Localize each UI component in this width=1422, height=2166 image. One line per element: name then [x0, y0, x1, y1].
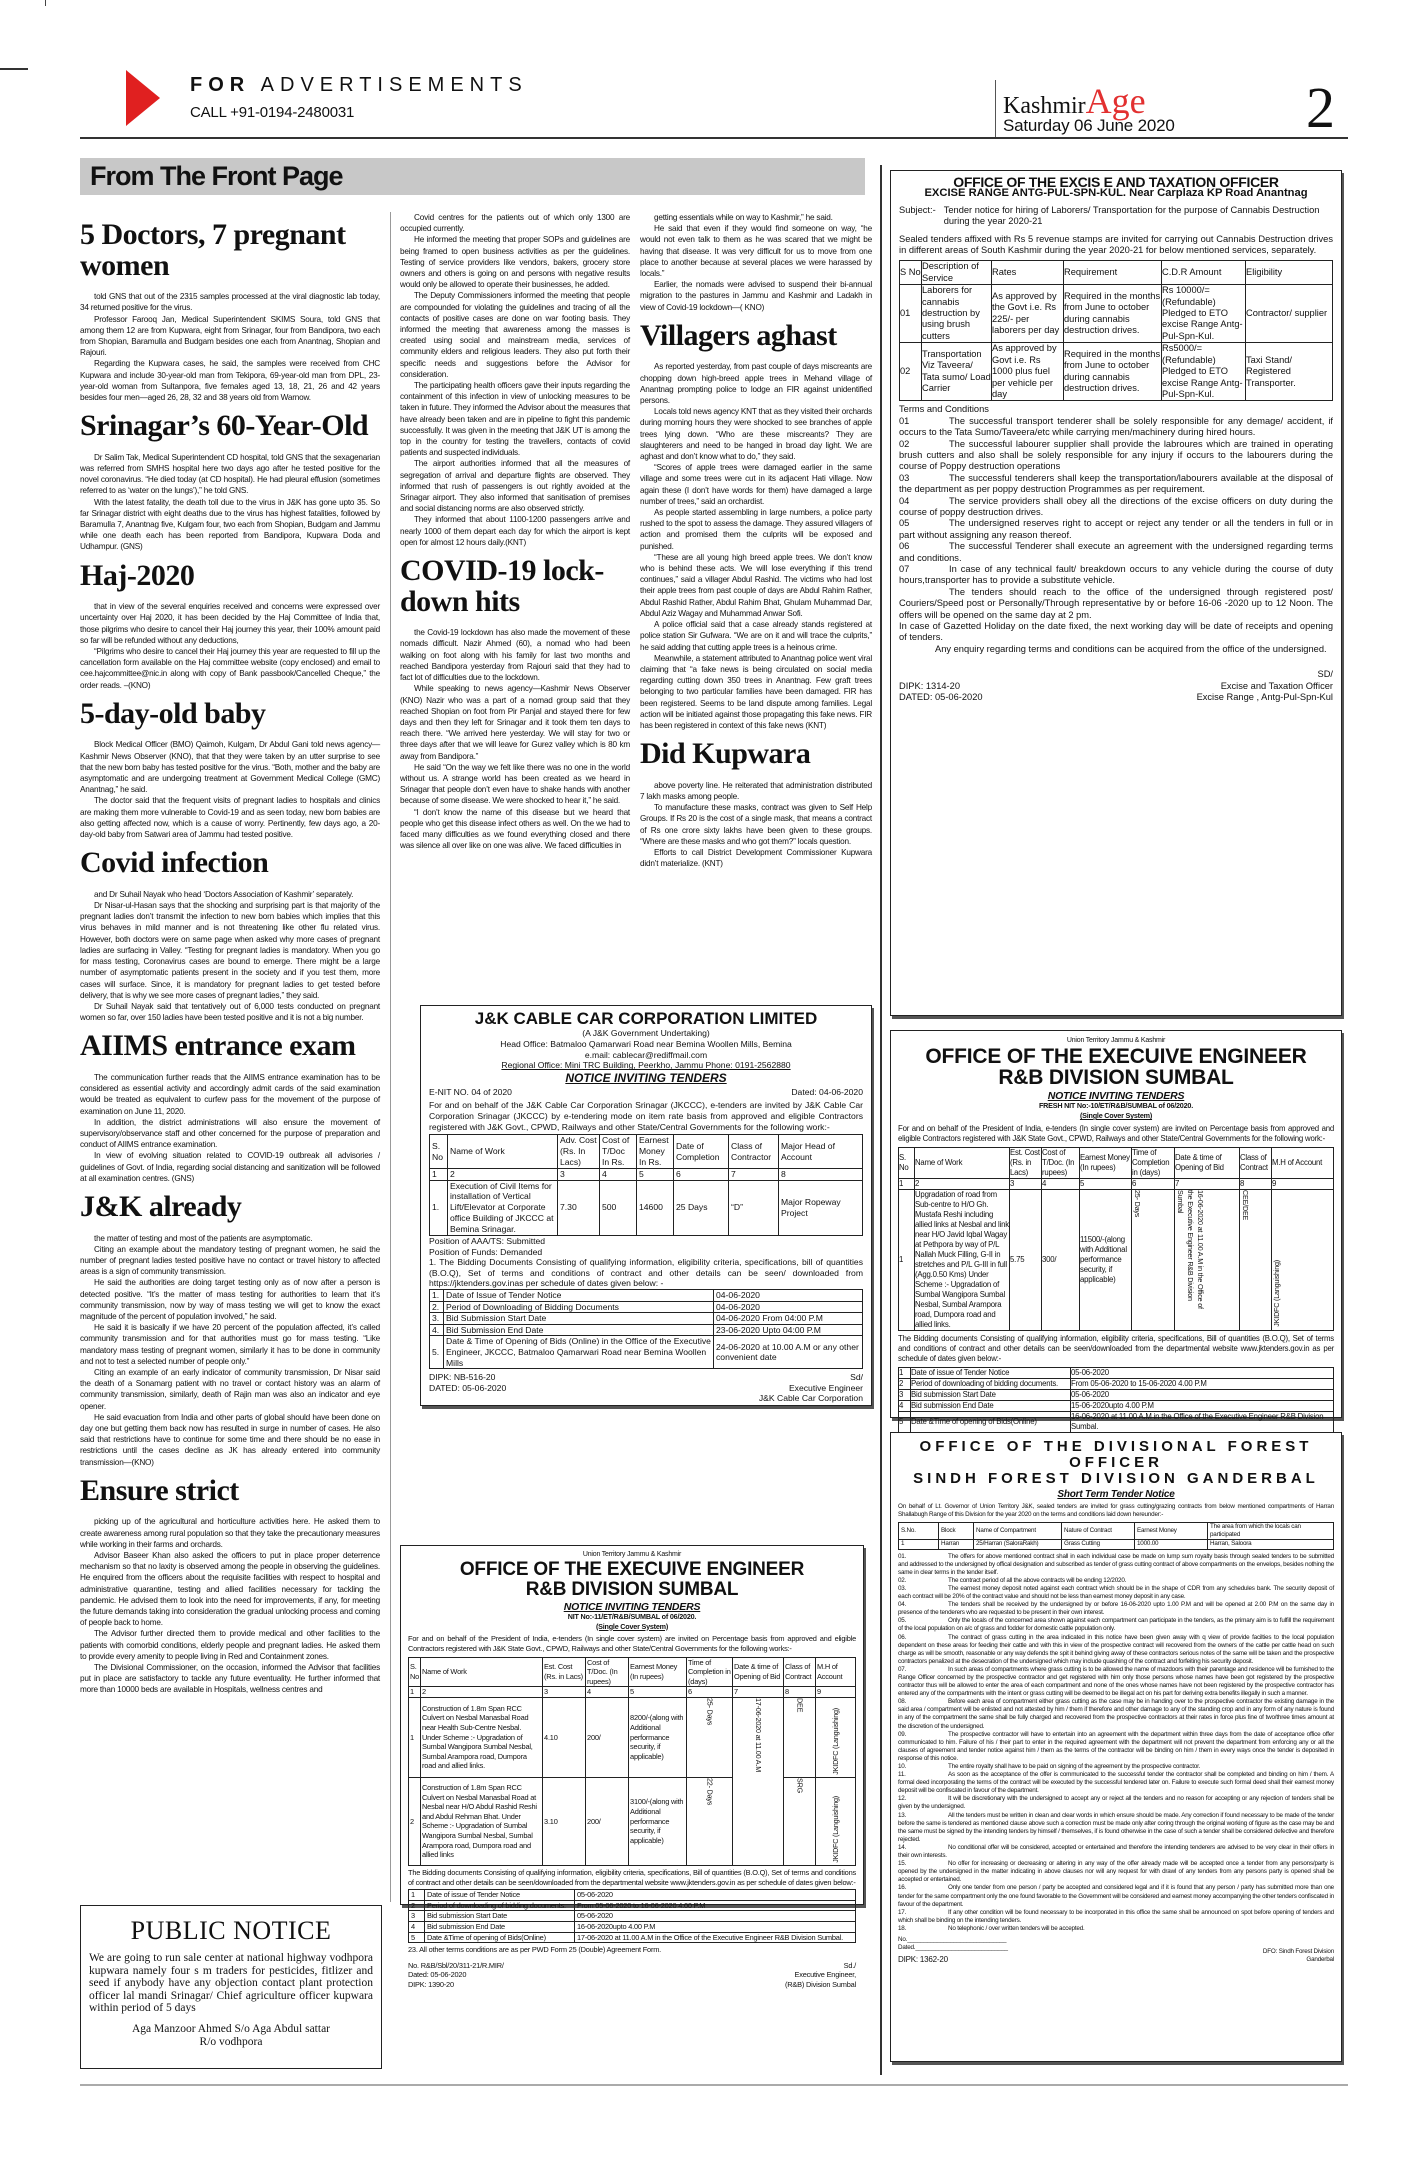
- column-divider: [880, 165, 882, 2075]
- column-number-row: 123456789: [899, 1179, 1334, 1190]
- article-paragraph: Professor Farooq Jan, Medical Superinten…: [80, 314, 380, 359]
- term-item: 17.If any other condition will be found …: [898, 1909, 1334, 1925]
- article-paragraph: “I don’t know the name of this disease b…: [400, 807, 630, 852]
- term-number: 11.: [898, 1771, 948, 1779]
- rb2-schedule-table: 1Date of issue of Tender Notice05-06-202…: [408, 1889, 856, 1943]
- cell: 7: [733, 1687, 784, 1698]
- article-paragraph: the Covid-19 lockdown has also made the …: [400, 627, 630, 683]
- cell: 15-06-2020upto 4.00 P.M: [1071, 1401, 1334, 1412]
- public-notice-body: We are going to run sale center at natio…: [89, 1952, 373, 2015]
- cell: Date & Time of Opening of Bids (Online) …: [444, 1336, 714, 1369]
- col-header: Earnest Money In Rs.: [637, 1135, 674, 1168]
- article-paragraph: Dr Nisar-ul-Hasan says that the shocking…: [80, 900, 380, 1001]
- cell: Grass Cutting: [1062, 1540, 1135, 1549]
- article-paragraph: Earlier, the nomads were advised to susp…: [640, 279, 872, 313]
- red-triangle-icon: [126, 70, 160, 126]
- cell: JKIDFC (Languishing): [831, 1708, 841, 1775]
- cell: Upgradation of road from Sub-centre to H…: [915, 1190, 1010, 1331]
- forest-compartment-table: S.No. Block Name of Compartment Nature o…: [898, 1522, 1334, 1549]
- cable-sub: (A J&K Government Undertaking): [429, 1028, 863, 1039]
- term-item: 04The service providers shall obey all t…: [899, 496, 1333, 519]
- article-paragraph: Covid centres for the patients out of wh…: [400, 212, 630, 234]
- table-row: 5.Date & Time of Opening of Bids (Online…: [430, 1336, 863, 1369]
- article-paragraph: Meanwhile, a statement attributed to Ana…: [640, 653, 872, 731]
- ref-number: No. R&B/Sbl/20/311-21/R.MIR/: [408, 1961, 504, 1971]
- cell: 5.75: [1010, 1190, 1042, 1331]
- cell: JKIDFC (Languishing): [1272, 1260, 1282, 1327]
- cover-system: (Single Cover System): [408, 1622, 856, 1632]
- term-item: 13.All the tenders must be written in cl…: [898, 1812, 1334, 1844]
- signatory: Executive Engineer,: [785, 1970, 856, 1980]
- col-header: Nature of Contract: [1062, 1523, 1135, 1540]
- cell: Bid Submission Start Date: [444, 1313, 714, 1325]
- cell: Bid submission End Date: [911, 1401, 1071, 1412]
- cell: 2: [448, 1168, 558, 1180]
- cell: 16-06-2020 at 11.00 A.M in the Office of…: [1175, 1190, 1205, 1318]
- cell: 6: [674, 1168, 729, 1180]
- excise-footer: DIPK: 1314-20DATED: 05-06-2020 Excise an…: [899, 681, 1333, 704]
- public-notice-box: PUBLIC NOTICE We are going to run sale c…: [80, 1905, 382, 2069]
- cell: 2: [421, 1687, 543, 1698]
- term-item: 14.No conditional offer will be consider…: [898, 1844, 1334, 1860]
- headline-srinagar: Srinagar’s 60-Year-Old: [80, 411, 380, 442]
- subject-text: Tender notice for hiring of Laborers/ Tr…: [944, 205, 1333, 228]
- table-header-row: S. No Name of Work Est. Cost (Rs. in Lac…: [409, 1657, 856, 1687]
- term-text: Before each area of compartment either g…: [898, 1698, 1334, 1729]
- col-header: Time of Completion in (days): [687, 1657, 733, 1687]
- office-title: OFFICE OF THE EXECUIVE ENGINEER: [898, 1046, 1334, 1067]
- excise-intro: Sealed tenders affixed with Rs 5 revenue…: [899, 234, 1333, 257]
- term-number: 03: [899, 473, 949, 484]
- article-paragraph: that in view of the several enquiries re…: [80, 601, 380, 646]
- dipk-number: DIPK: NB-516-20: [429, 1372, 506, 1383]
- article-paragraph: Efforts to call District Development Com…: [640, 847, 872, 869]
- forest-division-title: SINDH FOREST DIVISION GANDERBAL: [898, 1471, 1334, 1487]
- term-number: 02.: [898, 1577, 948, 1585]
- short-term-notice-heading: Short Term Tender Notice: [898, 1491, 1334, 1499]
- cell: 9: [816, 1687, 856, 1698]
- article-paragraph: Advisor Baseer Khan also asked the offic…: [80, 1550, 380, 1628]
- article-paragraph: picking up of the agricultural and horti…: [80, 1516, 380, 1550]
- header-rule: [80, 137, 1348, 139]
- forest-office-title: OFFICE OF THE DIVISIONAL FOREST OFFICER: [898, 1439, 1334, 1471]
- cable-email: e.mail: cablecar@rediffmail.com: [429, 1050, 863, 1061]
- nit-heading: NOTICE INVITING TENDERS: [898, 1091, 1334, 1101]
- term-item: 15.No offer for increasing or decreasing…: [898, 1860, 1334, 1884]
- cell: Rs 10000/= (Refundable) Pledged to ETO e…: [1162, 285, 1246, 343]
- cell: Bid submission Start Date: [911, 1390, 1071, 1401]
- cell: Harran: [939, 1540, 974, 1549]
- cell: 05-06-2020: [1071, 1368, 1334, 1379]
- news-column-2: Covid centres for the patients out of wh…: [400, 212, 630, 851]
- cell: 8: [779, 1168, 863, 1180]
- term-text: The successful labourer supplier shall p…: [899, 439, 1333, 472]
- cable-head-office: Head Office: Batmaloo Qamarwari Road nea…: [429, 1039, 863, 1050]
- signature-line: Aga Manzoor Ahmed S/o Aga Abdul sattar: [89, 2023, 373, 2036]
- cell: 5: [629, 1687, 687, 1698]
- logo-age: Age: [1086, 81, 1146, 121]
- col-header: S. No: [899, 1148, 915, 1179]
- excise-paragraph: The tenders should reach to the office o…: [899, 587, 1333, 621]
- term-item: 03.The earnest money deposit noted again…: [898, 1585, 1334, 1601]
- tender-intro: For and on behalf of the President of In…: [898, 1124, 1334, 1144]
- term-item: 01.The offers for above mentioned contra…: [898, 1553, 1334, 1577]
- cell: Construction of 1.8m Span RCC Culvert on…: [421, 1697, 543, 1777]
- cell: 1: [899, 1190, 915, 1331]
- term-item: 07.In such areas of compartments where g…: [898, 1666, 1334, 1698]
- term-number: 10.: [898, 1763, 948, 1771]
- headline-baby: 5-day-old baby: [80, 699, 380, 730]
- cell: 3: [899, 1390, 911, 1401]
- col-header: C.D.R Amount: [1162, 261, 1246, 285]
- cell: 4: [409, 1921, 425, 1932]
- dipk-number: DIPK: 1390-20: [408, 1980, 504, 1990]
- cell: 25 Days: [674, 1180, 729, 1235]
- table-row: 5Date &Time of opening of Bids(Online)17…: [409, 1932, 856, 1943]
- term-text: The earnest money deposit noted against …: [898, 1585, 1334, 1600]
- cell: 17-06-2020 at 11.00 A.M in the Office of…: [575, 1932, 856, 1943]
- cell: Date &Time of opening of Bids(Online): [425, 1932, 575, 1943]
- table-row: 4.Bid Submission End Date23-06-2020 Upto…: [430, 1324, 863, 1336]
- headline-haj: Haj-2020: [80, 561, 380, 592]
- cell: Laborers for cannabis destruction by usi…: [922, 285, 992, 343]
- funds-position: Position of Funds: Demanded: [429, 1247, 863, 1258]
- dated: DATED: 05-06-2020: [429, 1383, 506, 1394]
- term-number: 01.: [898, 1553, 948, 1561]
- term-text: The tenders shall be received by the und…: [898, 1601, 1334, 1616]
- term-text: The offers for above mentioned contract …: [898, 1553, 1334, 1576]
- col-header: M.H of Account: [1272, 1148, 1334, 1179]
- article-paragraph: He said it is basically if we have 20 pe…: [80, 1322, 380, 1367]
- signature-line: R/o vodhpora: [89, 2036, 373, 2049]
- masthead-divider: [995, 80, 996, 138]
- table-row: 3Bid submission Start Date05-06-2020: [409, 1911, 856, 1922]
- cell: Contractor/ supplier: [1246, 285, 1333, 343]
- nit-number-row: E-NIT NO. 04 of 2020Dated: 04-06-2020: [429, 1087, 863, 1098]
- ads-phone: CALL +91-0194-2480031: [190, 104, 354, 121]
- article-paragraph: Regarding the Kupwara cases, he said, th…: [80, 358, 380, 403]
- col-header: Class of Contractor: [729, 1135, 779, 1168]
- term-item: 05.Only the locals of the concerned area…: [898, 1617, 1334, 1633]
- cell: 9: [1272, 1179, 1334, 1190]
- excise-subtitle: EXCISE RANGE ANTG-PUL-SPN-KUL. Near Carp…: [899, 188, 1333, 199]
- cell: 1: [409, 1890, 425, 1901]
- cable-car-title: J&K CABLE CAR CORPORATION LIMITED: [429, 1009, 863, 1028]
- article-paragraph: The Advisor further directed them to pro…: [80, 1628, 380, 1662]
- table-row: 1 Upgradation of road from Sub-centre to…: [899, 1190, 1334, 1331]
- term-item: 08.Before each area of compartment eithe…: [898, 1698, 1334, 1730]
- signatory-office: Excise Range , Antg-Pul-Spn-Kul: [1197, 692, 1333, 703]
- rb-sumbal-tender-ad-2: Union Territory Jammu & Kashmir OFFICE O…: [400, 1545, 864, 1905]
- cell: 04-06-2020 From 04:00 P.M: [714, 1313, 863, 1325]
- term-text: The contract of grass cutting in the are…: [898, 1634, 1334, 1665]
- term-text: The undersigned reserves right to accept…: [899, 518, 1333, 539]
- advertisements-banner: FOR ADVERTISEMENTS: [190, 74, 528, 97]
- cell: Period of Downloading of Bidding Documen…: [444, 1301, 714, 1313]
- col-header: Cost of T/Doc. (In rupees): [586, 1657, 629, 1687]
- cell: Rs5000/= (Refundable) Pledged to ETO exc…: [1162, 343, 1246, 401]
- aaa-ts-position: Position of AAA/TS: Submitted: [429, 1236, 863, 1247]
- table-row: 3.Bid Submission Start Date04-06-2020 Fr…: [430, 1313, 863, 1325]
- cover-system: (Single Cover System): [898, 1111, 1334, 1121]
- table-row: 2.Period of Downloading of Bidding Docum…: [430, 1301, 863, 1313]
- cell: Bid Submission End Date: [444, 1324, 714, 1336]
- col-header: Description of Service: [922, 261, 992, 285]
- forest-terms: 01.The offers for above mentioned contra…: [898, 1553, 1334, 1933]
- nit-number: NIT No:-11/ET/R&B/SUMBAL of 06/2020.: [408, 1612, 856, 1622]
- cell: 4: [1042, 1179, 1080, 1190]
- cell: From 05-06-2020 to 15-06-2020 4.00 P.M: [1071, 1379, 1334, 1390]
- term-item: 16.Only one tender from one person / par…: [898, 1884, 1334, 1908]
- table-row: 1 Construction of 1.8m Span RCC Culvert …: [409, 1697, 856, 1777]
- cell: 14600: [637, 1180, 674, 1235]
- cell: 1: [409, 1697, 421, 1777]
- term-number: 06.: [898, 1634, 948, 1642]
- term-text: No conditional offer will be considered,…: [898, 1844, 1334, 1859]
- cell: 16-06-2020upto 4.00 P.M: [575, 1921, 856, 1932]
- dated: Dated: 04-06-2020: [791, 1087, 863, 1098]
- cell: Period of downloading of bidding documen…: [911, 1379, 1071, 1390]
- col-header: The area from which the locals can parti…: [1208, 1523, 1334, 1540]
- col-header: Major Head of Account: [779, 1135, 863, 1168]
- cell: Major Ropeway Project: [779, 1180, 863, 1235]
- cell: Taxi Stand/ Registered Transporter.: [1246, 343, 1333, 401]
- article-paragraph: Citing an example of an early indicator …: [80, 1367, 380, 1412]
- headline-ensure-strict: Ensure strict: [80, 1476, 380, 1507]
- term-number: 18.: [898, 1925, 948, 1933]
- cell: 5: [409, 1932, 425, 1943]
- cable-regional-office: Regional Office: Mini TRC Building, Peer…: [429, 1060, 863, 1071]
- col-header: Name of Compartment: [974, 1523, 1062, 1540]
- term-number: 08.: [898, 1698, 948, 1706]
- cell: 1: [430, 1168, 448, 1180]
- term-text: No offer for increasing or decreasing or…: [898, 1860, 1334, 1883]
- cell: 2: [409, 1900, 425, 1911]
- forest-tender-ad: OFFICE OF THE DIVISIONAL FOREST OFFICER …: [890, 1432, 1342, 2062]
- term-number: 07.: [898, 1666, 948, 1674]
- cell: 2.: [430, 1301, 444, 1313]
- term-number: 01: [899, 416, 949, 427]
- signatory-office: J&K Cable Car Corporation: [759, 1393, 863, 1404]
- cell: 7: [729, 1168, 779, 1180]
- excise-terms: Terms and Conditions 01The successful tr…: [899, 404, 1333, 655]
- cell: CEE/DEE: [1240, 1190, 1250, 1220]
- table-header-row: S. No Name of Work Est. Cost (Rs. in Lac…: [899, 1148, 1334, 1179]
- table-header-row: S. No Name of Work Adv. Cost (Rs. In Lac…: [430, 1135, 863, 1168]
- cell: Bid submission End Date: [425, 1921, 575, 1932]
- col-header: Date & time of Opening of Bid: [733, 1657, 784, 1687]
- article-paragraph: getting essentials while on way to Kashm…: [640, 212, 872, 223]
- bidding-info: The Bidding documents Consisting of qual…: [408, 1868, 856, 1887]
- article-paragraph: In addition, the district administration…: [80, 1117, 380, 1151]
- term-text: The successful tenderers shall keep the …: [899, 473, 1333, 494]
- cell: 6: [687, 1687, 733, 1698]
- article-paragraph: Locals told news agency KNT that as they…: [640, 406, 872, 462]
- cell: 200/: [586, 1697, 629, 1777]
- article-paragraph: The Deputy Commissioners informed the me…: [400, 290, 630, 380]
- news-column-1: 5 Doctors, 7 pregnant women told GNS tha…: [80, 212, 380, 1696]
- excise-paragraph: In case of Gazetted Holiday on the date …: [899, 621, 1333, 644]
- cell: As approved by Govt i.e. Rs 1000 plus fu…: [992, 343, 1064, 401]
- cable-schedule-table: 1.Date of Issue of Tender Notice04-06-20…: [429, 1289, 863, 1369]
- col-header: Cost of T/Doc In Rs.: [600, 1135, 637, 1168]
- sd-mark: Sd/: [759, 1372, 863, 1383]
- excise-paragraph: Any enquiry regarding terms and conditio…: [899, 644, 1333, 655]
- col-header: Eligibility: [1246, 261, 1333, 285]
- col-header: Date & time of Opening of Bid: [1175, 1148, 1240, 1179]
- article-paragraph: The airport authorities informed that al…: [400, 458, 630, 514]
- table-header-row: S.No. Block Name of Compartment Nature o…: [899, 1523, 1334, 1540]
- cell: Bid submission Start Date: [425, 1911, 575, 1922]
- table-row: 4Bid submission End Date16-06-2020upto 4…: [409, 1921, 856, 1932]
- term-number: 17.: [898, 1909, 948, 1917]
- table-row: 3Bid submission Start Date05-06-2020: [899, 1390, 1334, 1401]
- table-row: 02 Transportation Viz Taveera/ Tata sumo…: [900, 343, 1333, 401]
- cell: 8: [784, 1687, 816, 1698]
- article-paragraph: “Pilgrims who desire to cancel their Haj…: [80, 646, 380, 691]
- cell: Required in the months from June to octo…: [1064, 285, 1162, 343]
- tender-intro: For and on behalf of the President of In…: [408, 1634, 856, 1653]
- nit-heading: NOTICE INVITING TENDERS: [429, 1071, 863, 1085]
- article-paragraph: He said that even if they would find som…: [640, 223, 872, 279]
- term-item: 06.The contract of grass cutting in the …: [898, 1634, 1334, 1666]
- cell: Harran, Saloora: [1208, 1540, 1334, 1549]
- term-item: 11.As soon as the acceptance of the offe…: [898, 1771, 1334, 1795]
- dated: DATED: 05-06-2020: [899, 692, 983, 703]
- cell: 23-06-2020 Upto 04:00 P.M: [714, 1324, 863, 1336]
- term-item: 03The successful tenderers shall keep th…: [899, 473, 1333, 496]
- article-paragraph: “Scores of apple trees were damaged earl…: [640, 462, 872, 507]
- col-header: Cost of T/Doc. (In rupees): [1042, 1148, 1080, 1179]
- article-paragraph: Dr Salim Tak, Medical Superintendent CD …: [80, 452, 380, 497]
- cell: 1000.00: [1135, 1540, 1208, 1549]
- headline-lockdown: COVID-19 lock-down hits: [400, 556, 630, 617]
- article-paragraph: He informed the meeting that proper SOPs…: [400, 234, 630, 290]
- term-item: 02.The contract period of all the above …: [898, 1577, 1334, 1585]
- col-header: Block: [939, 1523, 974, 1540]
- signatory: Executive Engineer: [759, 1383, 863, 1394]
- cell: Date of issue of Tender Notice: [425, 1890, 575, 1901]
- signatory: DFO: Sindh Forest Division: [1263, 1948, 1334, 1956]
- term-number: 16.: [898, 1884, 948, 1892]
- col-header: Adv. Cost (Rs. In Lacs): [558, 1135, 600, 1168]
- term-text: The successful Tenderer shall execute an…: [899, 541, 1333, 562]
- term-number: 12.: [898, 1795, 948, 1803]
- signatory-office: Ganderbal: [1263, 1956, 1334, 1964]
- subject-label: Subject:-: [899, 205, 936, 228]
- cell: 4.: [430, 1324, 444, 1336]
- article-paragraph: He said evacuation from India and other …: [80, 1412, 380, 1468]
- article-paragraph: above poverty line. He reiterated that a…: [640, 780, 872, 802]
- term-text: The contract period of all the above con…: [948, 1577, 1126, 1584]
- col-header: Class of Contract: [784, 1657, 816, 1687]
- term-number: 02: [899, 439, 949, 450]
- nit-number: E-NIT NO. 04 of 2020: [429, 1087, 512, 1098]
- cell: 4: [586, 1687, 629, 1698]
- clause-23: 23. All other terms conditions are as pe…: [408, 1945, 856, 1955]
- term-number: 07: [899, 564, 949, 575]
- crop-mark: [45, 0, 46, 6]
- table-row: 1Date of issue of Tender Notice05-06-202…: [409, 1890, 856, 1901]
- dipk-number: DIPK: 1314-20: [899, 681, 983, 692]
- cell: Date of issue of Tender Notice: [911, 1368, 1071, 1379]
- term-text: As soon as the acceptance of the offer i…: [898, 1771, 1334, 1794]
- term-text: No telephonic / over written tenders wil…: [948, 1925, 1085, 1932]
- headline-aiims: AIIMS entrance exam: [80, 1031, 380, 1062]
- cell: 1.: [430, 1180, 448, 1235]
- cell: 25- Days: [1132, 1190, 1142, 1217]
- term-item: 07In case of any technical fault/ breakd…: [899, 564, 1333, 587]
- term-number: 09.: [898, 1731, 948, 1739]
- table-row: 01 Laborers for cannabis destruction by …: [900, 285, 1333, 343]
- cell: 17-06-2020 at 11.00 A.M: [753, 1698, 763, 1772]
- rb1-schedule-table: 1Date of issue of Tender Notice05-06-202…: [898, 1367, 1334, 1433]
- term-text: It will be discretionary with the unders…: [898, 1795, 1334, 1810]
- term-item: 06The successful Tenderer shall execute …: [899, 541, 1333, 564]
- bidding-info: 1. The Bidding Documents Consisting of q…: [429, 1257, 863, 1289]
- cell: Date &Time of opening of Bids(Online): [911, 1412, 1071, 1433]
- cell: 8: [1240, 1179, 1272, 1190]
- table-row: 5Date &Time of opening of Bids(Online)16…: [899, 1412, 1334, 1433]
- term-number: 13.: [898, 1812, 948, 1820]
- cell: 1: [899, 1540, 939, 1549]
- article-paragraph: The participating health officers gave t…: [400, 380, 630, 458]
- division-title: R&B DIVISION SUMBAL: [408, 1580, 856, 1600]
- cell: 04-06-2020: [714, 1289, 863, 1301]
- col-header: Earnest Money: [1135, 1523, 1208, 1540]
- term-item: 09.The prospective contractor will have …: [898, 1731, 1334, 1763]
- article-paragraph: Block Medical Officer (BMO) Qaimoh, Kulg…: [80, 739, 380, 795]
- section-banner: From The Front Page: [80, 158, 865, 195]
- rb2-works-table: S. No Name of Work Est. Cost (Rs. in Lac…: [408, 1657, 856, 1866]
- col-header: S. No: [409, 1657, 421, 1687]
- forest-intro: On behalf of Lt. Governor of Union Terri…: [898, 1503, 1334, 1519]
- term-text: In such areas of compartments where gras…: [898, 1666, 1334, 1697]
- table-row: 1Date of issue of Tender Notice05-06-202…: [899, 1368, 1334, 1379]
- headline-villagers: Villagers aghast: [640, 321, 872, 352]
- sd-mark: SD/: [899, 669, 1333, 680]
- term-text: If any other condition will be found nec…: [898, 1909, 1334, 1924]
- excise-services-table: S No Description of Service Rates Requir…: [899, 260, 1333, 401]
- cell: 4.10: [543, 1697, 586, 1777]
- col-header: Est. Cost (Rs. in Lacs): [543, 1657, 586, 1687]
- term-text: The successful transport tenderer shall …: [899, 416, 1333, 437]
- cell: 7: [1175, 1179, 1240, 1190]
- cell: 500: [600, 1180, 637, 1235]
- article-paragraph: told GNS that out of the 2315 samples pr…: [80, 291, 380, 313]
- term-number: 14.: [898, 1844, 948, 1852]
- ref-number: No.______________________________: [898, 1936, 1008, 1944]
- cell: 02: [900, 343, 922, 401]
- article-paragraph: Dr Suhail Nayak said that tentatively ou…: [80, 1001, 380, 1023]
- rb1-works-table: S. No Name of Work Est. Cost (Rs. in Lac…: [898, 1147, 1334, 1331]
- section-title: From The Front Page: [90, 161, 343, 192]
- tender-intro: For and on behalf of the J&K Cable Car C…: [429, 1100, 863, 1132]
- headline-covid-infection: Covid infection: [80, 848, 380, 879]
- col-header: Earnest Money (In rupees): [629, 1657, 687, 1687]
- table-row: 1 Harran 25/Harran (SaloraRakh) Grass Cu…: [899, 1540, 1334, 1549]
- cell: 3.: [430, 1313, 444, 1325]
- signatory-office: (R&B) Division Sumbal: [785, 1980, 856, 1990]
- rb2-footer: No. R&B/Sbl/20/311-21/R.MIR/Dated: 05-06…: [408, 1961, 856, 1990]
- cell: 3.10: [543, 1777, 586, 1865]
- term-text: All the tenders must be written in clean…: [898, 1812, 1334, 1843]
- cell: 6: [1132, 1179, 1175, 1190]
- col-header: M.H of Account: [816, 1657, 856, 1687]
- cell: Execution of Civil Items for installatio…: [448, 1180, 558, 1235]
- article-paragraph: A police official said that a case alrea…: [640, 619, 872, 653]
- cell: 16-06-2020 at 11.00 A.M in the Office of…: [1071, 1412, 1334, 1433]
